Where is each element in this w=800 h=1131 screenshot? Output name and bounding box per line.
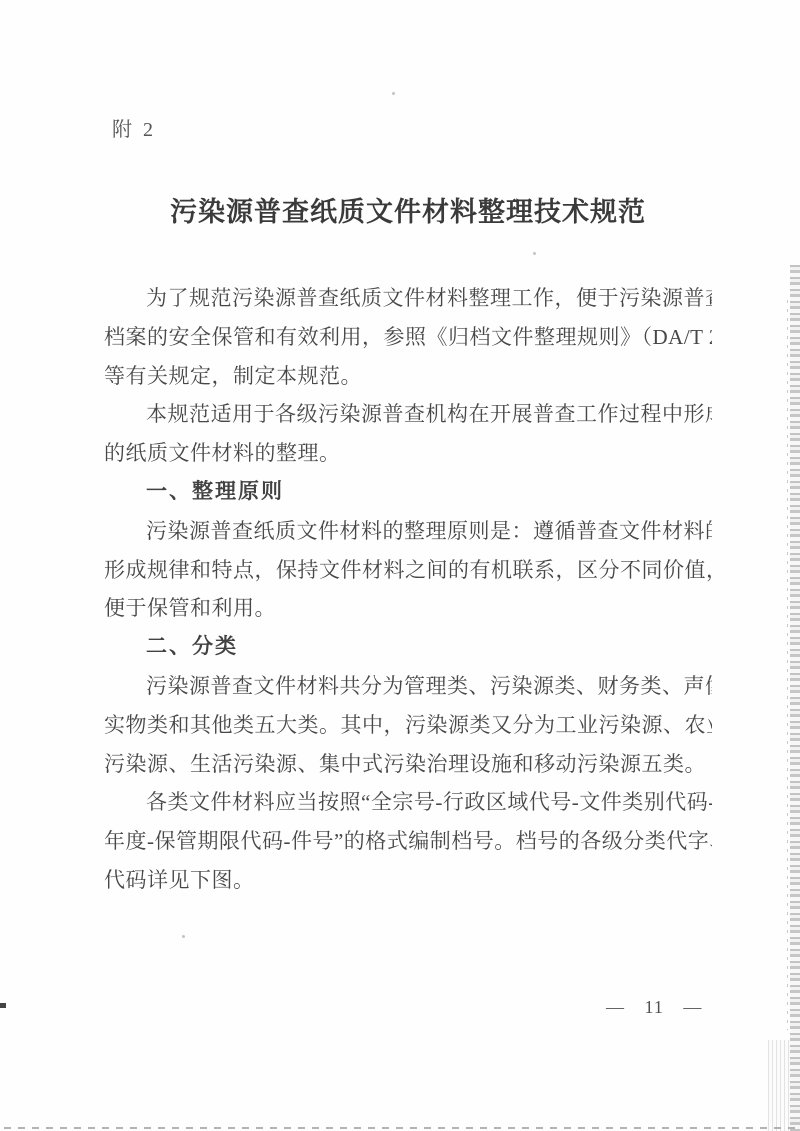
text-line: 年度-保管期限代码-件号”的格式编制档号。档号的各级分类代字、 xyxy=(104,822,712,861)
attachment-label: 附 2 xyxy=(112,113,156,142)
text-line: 本规范适用于各级污染源普查机构在开展普查工作过程中形成 xyxy=(104,395,712,434)
paragraph: 为了规范污染源普查纸质文件材料整理工作，便于污染源普查档案的安全保管和有效利用，… xyxy=(104,279,712,395)
text-line: 档案的安全保管和有效利用，参照《归档文件整理规则》（DA/T 22） xyxy=(104,318,712,357)
text-line: 等有关规定，制定本规范。 xyxy=(104,357,712,396)
scan-speck xyxy=(533,252,536,255)
scan-left-edge-mark xyxy=(0,1003,6,1008)
text-line: 各类文件材料应当按照“全宗号-行政区域代号-文件类别代码- xyxy=(104,783,712,822)
text-line: 实物类和其他类五大类。其中，污染源类又分为工业污染源、农业 xyxy=(104,706,712,745)
page-number: — 11 — xyxy=(606,997,702,1018)
scan-noise-bottom-right xyxy=(768,1040,790,1131)
section-heading: 一、整理原则 xyxy=(104,473,712,512)
text-line: 为了规范污染源普查纸质文件材料整理工作，便于污染源普查 xyxy=(104,279,712,318)
scan-dotted-line xyxy=(787,300,788,1030)
document-body: 为了规范污染源普查纸质文件材料整理工作，便于污染源普查档案的安全保管和有效利用，… xyxy=(104,279,712,900)
text-line: 代码详见下图。 xyxy=(104,861,712,900)
text-line: 一、整理原则 xyxy=(104,473,712,512)
text-line: 二、分类 xyxy=(104,628,712,667)
scan-speck xyxy=(182,935,185,938)
paragraph: 各类文件材料应当按照“全宗号-行政区域代号-文件类别代码-年度-保管期限代码-件… xyxy=(104,783,712,899)
section-heading: 二、分类 xyxy=(104,628,712,667)
text-line: 的纸质文件材料的整理。 xyxy=(104,434,712,473)
scan-bottom-edge-line xyxy=(4,1127,796,1129)
text-line: 污染源普查文件材料共分为管理类、污染源类、财务类、声像 xyxy=(104,667,712,706)
document-title: 污染源普查纸质文件材料整理技术规范 xyxy=(104,190,712,229)
text-line: 污染源普查纸质文件材料的整理原则是：遵循普查文件材料的 xyxy=(104,512,712,551)
scan-noise-right-band xyxy=(790,265,800,1131)
text-line: 便于保管和利用。 xyxy=(104,589,712,628)
paragraph: 污染源普查纸质文件材料的整理原则是：遵循普查文件材料的形成规律和特点，保持文件材… xyxy=(104,512,712,628)
scanned-document-page: 附 2 污染源普查纸质文件材料整理技术规范 为了规范污染源普查纸质文件材料整理工… xyxy=(0,0,800,1131)
paragraph: 污染源普查文件材料共分为管理类、污染源类、财务类、声像实物类和其他类五大类。其中… xyxy=(104,667,712,783)
paragraph: 本规范适用于各级污染源普查机构在开展普查工作过程中形成的纸质文件材料的整理。 xyxy=(104,395,712,473)
scan-speck xyxy=(392,92,395,95)
text-line: 污染源、生活污染源、集中式污染治理设施和移动污染源五类。 xyxy=(104,745,712,784)
text-line: 形成规律和特点，保持文件材料之间的有机联系，区分不同价值， xyxy=(104,551,712,590)
